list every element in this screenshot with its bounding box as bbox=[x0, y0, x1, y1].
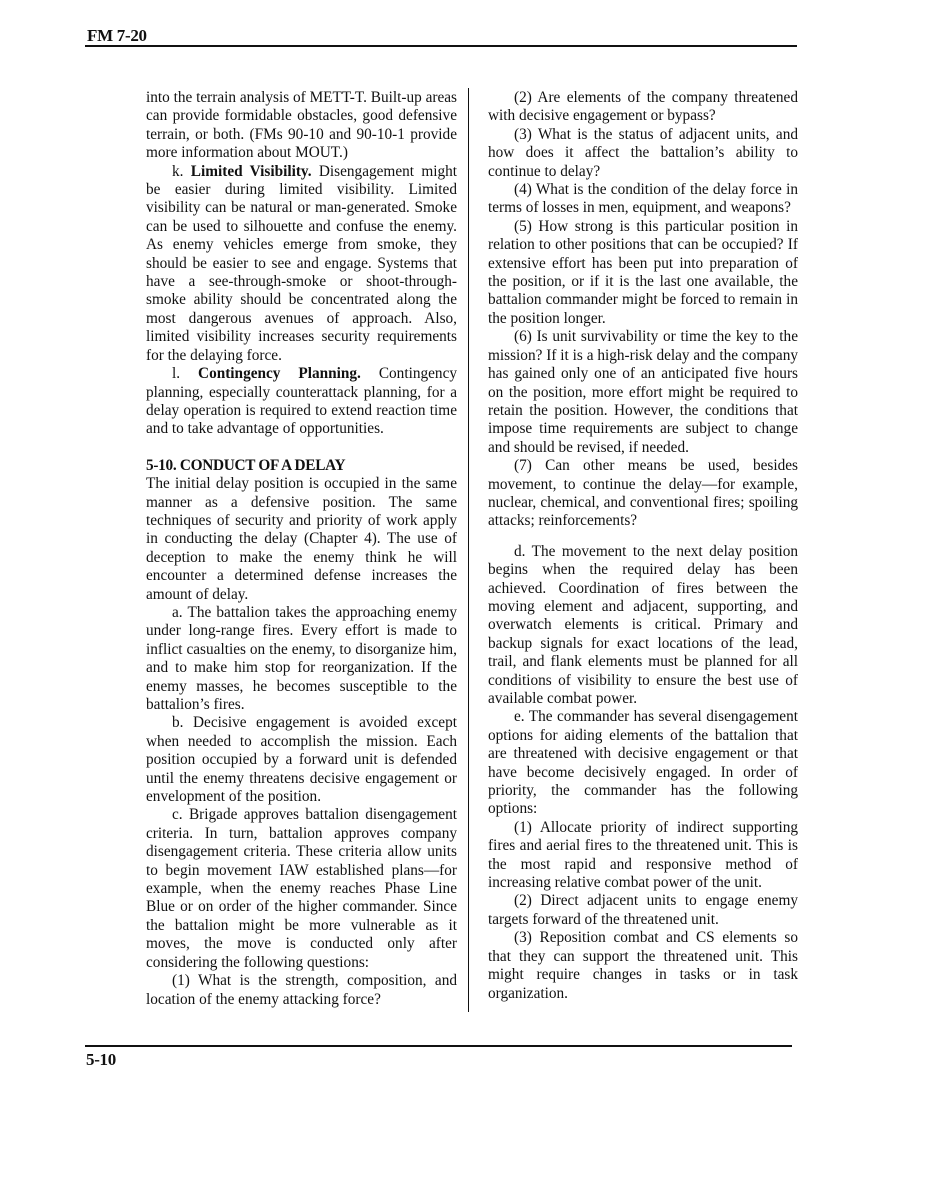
right-column: (2) Are elements of the company threaten… bbox=[488, 89, 798, 1003]
paragraph-a: a. The battalion takes the approaching e… bbox=[146, 604, 457, 714]
question-7: (7) Can other means be used, besides mov… bbox=[488, 457, 798, 531]
paragraph-title: Contingency Planning. bbox=[198, 365, 361, 382]
page-number: 5-10 bbox=[86, 1050, 116, 1070]
paragraph-e: e. The commander has several disengageme… bbox=[488, 708, 798, 818]
paragraph-c: c. Brigade approves battalion disengagem… bbox=[146, 806, 457, 972]
option-2: (2) Direct adjacent units to engage enem… bbox=[488, 892, 798, 929]
question-4: (4) What is the condition of the delay f… bbox=[488, 181, 798, 218]
header-rule bbox=[85, 45, 797, 47]
paragraph-letter: k. bbox=[172, 163, 191, 180]
option-1: (1) Allocate priority of indirect suppor… bbox=[488, 819, 798, 893]
question-3: (3) What is the status of adjacent units… bbox=[488, 126, 798, 181]
option-3: (3) Reposition combat and CS elements so… bbox=[488, 929, 798, 1003]
column-divider bbox=[468, 88, 469, 1012]
question-6: (6) Is unit survivability or time the ke… bbox=[488, 328, 798, 457]
paragraph-terrain: into the terrain analysis of METT-T. Bui… bbox=[146, 89, 457, 163]
paragraph-contingency-planning: l. Contingency Planning. Contingency pla… bbox=[146, 365, 457, 439]
paragraph-d: d. The movement to the next delay positi… bbox=[488, 543, 798, 709]
question-5: (5) How strong is this particular positi… bbox=[488, 218, 798, 328]
footer-rule bbox=[85, 1045, 792, 1047]
paragraph-intro: The initial delay position is occupied i… bbox=[146, 475, 457, 604]
question-1: (1) What is the strength, composition, a… bbox=[146, 972, 457, 1009]
paragraph-body: Disengagement might be easier during lim… bbox=[146, 163, 457, 364]
section-heading: 5-10. CONDUCT OF A DELAY bbox=[146, 457, 457, 475]
paragraph-b: b. Decisive engagement is avoided except… bbox=[146, 714, 457, 806]
left-column: into the terrain analysis of METT-T. Bui… bbox=[146, 89, 457, 1009]
paragraph-letter: l. bbox=[172, 365, 198, 382]
manual-designation: FM 7-20 bbox=[87, 26, 147, 46]
question-2: (2) Are elements of the company threaten… bbox=[488, 89, 798, 126]
paragraph-limited-visibility: k. Limited Visibility. Disengagement mig… bbox=[146, 163, 457, 365]
paragraph-title: Limited Visibility. bbox=[191, 163, 312, 180]
